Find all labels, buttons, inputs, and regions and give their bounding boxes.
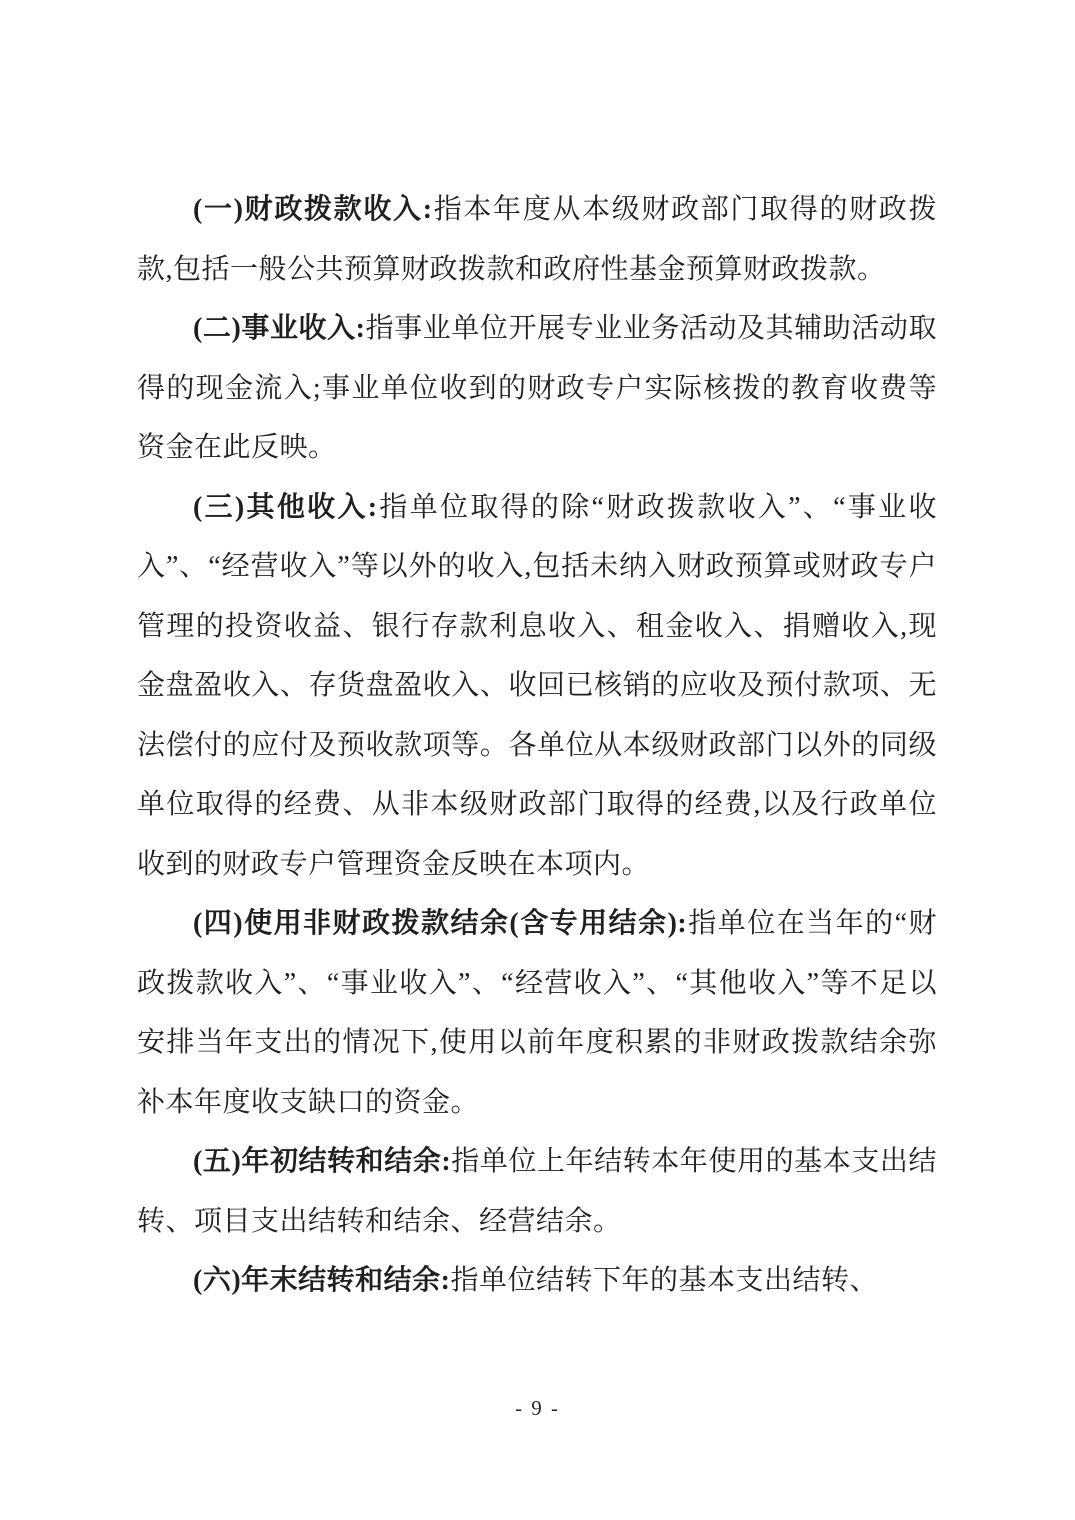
page-footer: - 9 -: [0, 1396, 1075, 1421]
paragraph-label: (五)年初结转和结余:: [193, 1146, 451, 1177]
paragraph-beginning-year-carryover: (五)年初结转和结余:指单位上年结转本年使用的基本支出结转、项目支出结转和结余、…: [137, 1132, 937, 1251]
document-page: (一)财政拨款收入:指本年度从本级财政部门取得的财政拨款,包括一般公共预算财政拨…: [0, 0, 1075, 1520]
paragraph-label: (六)年末结转和结余:: [193, 1265, 450, 1296]
paragraph-operating-income: (二)事业收入:指事业单位开展专业业务活动及其辅助活动取得的现金流入;事业单位收…: [137, 299, 937, 478]
paragraph-fiscal-appropriation-income: (一)财政拨款收入:指本年度从本级财政部门取得的财政拨款,包括一般公共预算财政拨…: [137, 180, 937, 299]
document-body: (一)财政拨款收入:指本年度从本级财政部门取得的财政拨款,包括一般公共预算财政拨…: [137, 180, 937, 1311]
paragraph-other-income: (三)其他收入:指单位取得的除“财政拨款收入”、“事业收入”、“经营收入”等以外…: [137, 478, 937, 895]
paragraph-year-end-carryover: (六)年末结转和结余:指单位结转下年的基本支出结转、: [137, 1251, 937, 1311]
paragraph-text: 指单位取得的除“财政拨款收入”、“事业收入”、“经营收入”等以外的收入,包括未纳…: [137, 492, 937, 880]
paragraph-label: (二)事业收入:: [193, 313, 366, 344]
paragraph-text: 指单位在当年的“财政拨款收入”、“事业收入”、“经营收入”、“其他收入”等不足以…: [137, 908, 937, 1118]
paragraph-text: 指单位结转下年的基本支出结转、: [450, 1265, 878, 1296]
paragraph-label: (一)财政拨款收入:: [193, 194, 433, 225]
page-number: - 9 -: [515, 1396, 560, 1420]
paragraph-non-fiscal-surplus: (四)使用非财政拨款结余(含专用结余):指单位在当年的“财政拨款收入”、“事业收…: [137, 894, 937, 1132]
paragraph-label: (三)其他收入:: [193, 492, 378, 523]
paragraph-label: (四)使用非财政拨款结余(含专用结余):: [193, 908, 687, 939]
